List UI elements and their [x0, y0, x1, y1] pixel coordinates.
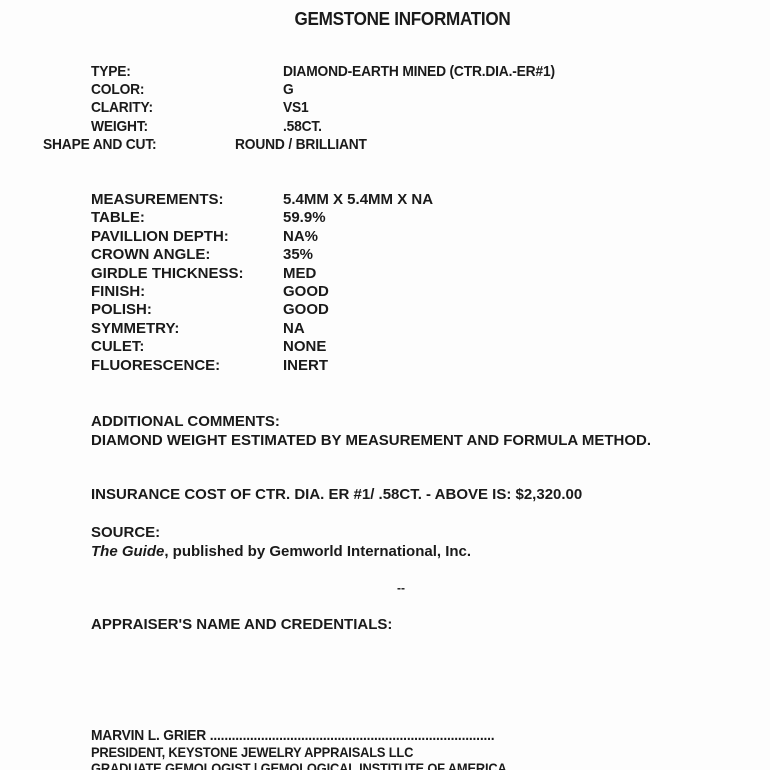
symmetry-value: NA [283, 320, 305, 337]
pavillion-depth-label: PAVILLION DEPTH: [91, 228, 229, 245]
measurements-value: 5.4MM X 5.4MM X NA [283, 191, 433, 208]
appraiser-name: MARVIN L. GRIER [91, 727, 206, 744]
color-label: COLOR: [91, 81, 144, 98]
source-text: , published by Gemworld International, I… [164, 543, 471, 560]
comments-heading: ADDITIONAL COMMENTS: [91, 413, 280, 430]
signature-leader: ........................................… [210, 727, 495, 744]
color-value: G [283, 81, 294, 98]
pavillion-depth-value: NA% [283, 228, 318, 245]
appraiser-heading: APPRAISER'S NAME AND CREDENTIALS: [91, 616, 392, 633]
appraiser-credentials: GRADUATE GEMOLOGIST | GEMOLOGICAL INSTIT… [91, 760, 507, 770]
appraisal-page: GEMSTONE INFORMATION TYPE: DIAMOND-EARTH… [0, 0, 770, 770]
symmetry-label: SYMMETRY: [91, 320, 179, 337]
shape-cut-label: SHAPE AND CUT: [43, 136, 156, 153]
fluorescence-label: FLUORESCENCE: [91, 357, 220, 374]
type-label: TYPE: [91, 63, 131, 80]
girdle-thickness-value: MED [283, 265, 316, 282]
crown-angle-label: CROWN ANGLE: [91, 246, 210, 263]
source-heading: SOURCE: [91, 524, 160, 541]
table-label: TABLE: [91, 209, 145, 226]
finish-value: GOOD [283, 283, 329, 300]
source-title: The Guide [91, 543, 164, 560]
clarity-label: CLARITY: [91, 99, 153, 116]
measurements-label: MEASUREMENTS: [91, 191, 224, 208]
polish-value: GOOD [283, 301, 329, 318]
culet-value: NONE [283, 338, 326, 355]
page-title: GEMSTONE INFORMATION [20, 9, 770, 30]
shape-cut-value: ROUND / BRILLIANT [235, 136, 367, 153]
type-value: DIAMOND-EARTH MINED (CTR.DIA.-ER#1) [283, 63, 555, 80]
source-line: The Guide, published by Gemworld Interna… [91, 543, 471, 560]
insurance-cost: INSURANCE COST OF CTR. DIA. ER #1/ .58CT… [91, 486, 582, 503]
culet-label: CULET: [91, 338, 144, 355]
table-value: 59.9% [283, 209, 326, 226]
girdle-thickness-label: GIRDLE THICKNESS: [91, 265, 244, 282]
weight-value: .58CT. [283, 118, 322, 135]
fluorescence-value: INERT [283, 357, 328, 374]
separator: -- [397, 581, 405, 595]
appraiser-name-line: MARVIN L. GRIER ........................… [91, 727, 494, 744]
finish-label: FINISH: [91, 283, 145, 300]
appraiser-title: PRESIDENT, KEYSTONE JEWELRY APPRAISALS L… [91, 744, 413, 760]
polish-label: POLISH: [91, 301, 152, 318]
comments-text: DIAMOND WEIGHT ESTIMATED BY MEASUREMENT … [91, 432, 651, 449]
clarity-value: VS1 [283, 99, 309, 116]
weight-label: WEIGHT: [91, 118, 148, 135]
crown-angle-value: 35% [283, 246, 313, 263]
